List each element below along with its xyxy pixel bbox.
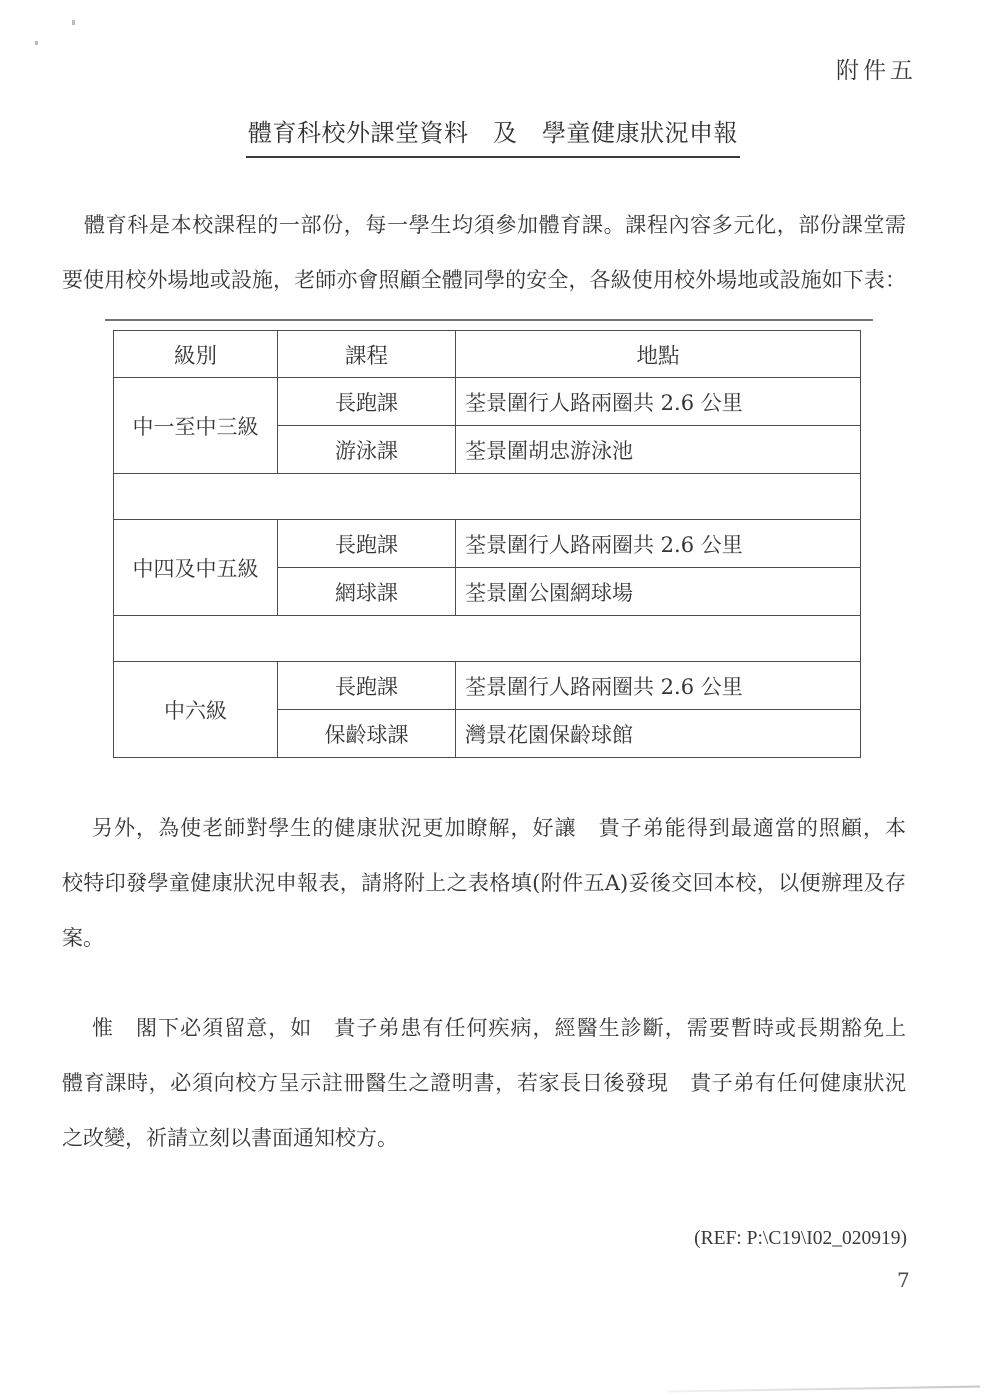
header-level: 級別 [114, 331, 278, 378]
location-cell: 荃景圍行人路兩圈共 2.6 公里 [456, 520, 861, 568]
intro-paragraph: 體育科是本校課程的一部份，每一學生均須參加體育課。課程內容多元化，部份課堂需 要… [62, 200, 906, 310]
spacer-cell [114, 616, 861, 662]
paragraph-line: 之改變，祈請立刻以書面通知校方。 [62, 1113, 906, 1168]
level-cell: 中一至中三級 [114, 378, 278, 474]
reference-note: (REF: P:\C19\I02_020919) [694, 1228, 907, 1250]
page-title: 體育科校外課堂資料 及 學童健康狀況申報 [246, 113, 740, 158]
level-cell: 中六級 [114, 662, 278, 758]
table-row: 中六級 長跑課 荃景圍行人路兩圈共 2.6 公里 [114, 662, 861, 710]
exemption-notice-paragraph: 惟 閣下必須留意，如 貴子弟患有任何疾病，經醫生診斷，需要暫時或長期豁免上 體育… [62, 1003, 906, 1168]
health-declaration-paragraph: 另外，為使老師對學生的健康狀況更加瞭解，好讓 貴子弟能得到最適當的照顧，本 校特… [62, 803, 906, 968]
attachment-label: 附件五 [836, 52, 917, 85]
paragraph-line: 校特印發學童健康狀況申報表，請將附上之表格填(附件五A)妥後交回本校，以便辦理及… [62, 858, 906, 913]
course-cell: 長跑課 [278, 662, 456, 710]
spacer-cell [114, 474, 861, 520]
header-course: 課程 [278, 331, 456, 378]
page-number: 7 [897, 1268, 910, 1292]
course-cell: 游泳課 [278, 426, 456, 474]
scan-edge-artifact [668, 1386, 980, 1393]
table-header-row: 級別 課程 地點 [114, 331, 861, 378]
table-row: 中四及中五級 長跑課 荃景圍行人路兩圈共 2.6 公里 [114, 520, 861, 568]
scan-speck-artifact [72, 20, 75, 25]
course-cell: 保齡球課 [278, 710, 456, 758]
course-cell: 網球課 [278, 568, 456, 616]
header-location: 地點 [456, 331, 861, 378]
course-cell: 長跑課 [278, 378, 456, 426]
level-cell: 中四及中五級 [114, 520, 278, 616]
paragraph-line: 惟 閣下必須留意，如 貴子弟患有任何疾病，經醫生診斷，需要暫時或長期豁免上 [62, 1003, 906, 1058]
location-cell: 荃景圍胡忠游泳池 [456, 426, 861, 474]
location-cell: 荃景圍行人路兩圈共 2.6 公里 [456, 662, 861, 710]
course-cell: 長跑課 [278, 520, 456, 568]
paragraph-line: 要使用校外場地或設施，老師亦會照顧全體同學的安全，各級使用校外場地或設施如下表： [62, 255, 906, 310]
table-spacer-row [114, 616, 861, 662]
title-container: 體育科校外課堂資料 及 學童健康狀況申報 [0, 113, 986, 158]
location-cell: 荃景圍行人路兩圈共 2.6 公里 [456, 378, 861, 426]
location-cell: 灣景花園保齡球館 [456, 710, 861, 758]
document-page: 附件五 體育科校外課堂資料 及 學童健康狀況申報 體育科是本校課程的一部份，每一… [0, 0, 986, 1395]
paragraph-line: 另外，為使老師對學生的健康狀況更加瞭解，好讓 貴子弟能得到最適當的照顧，本 [62, 803, 906, 858]
location-cell: 荃景圍公園網球場 [456, 568, 861, 616]
table-top-rule [105, 319, 873, 321]
venue-table: 級別 課程 地點 中一至中三級 長跑課 荃景圍行人路兩圈共 2.6 公里 游泳課… [113, 330, 861, 758]
paragraph-line: 體育課時，必須向校方呈示註冊醫生之證明書，若家長日後發現 貴子弟有任何健康狀況 [62, 1058, 906, 1113]
paragraph-line: 體育科是本校課程的一部份，每一學生均須參加體育課。課程內容多元化，部份課堂需 [62, 200, 906, 255]
table-spacer-row [114, 474, 861, 520]
scan-speck-artifact [35, 41, 38, 45]
paragraph-line: 案。 [62, 913, 906, 968]
table-row: 中一至中三級 長跑課 荃景圍行人路兩圈共 2.6 公里 [114, 378, 861, 426]
